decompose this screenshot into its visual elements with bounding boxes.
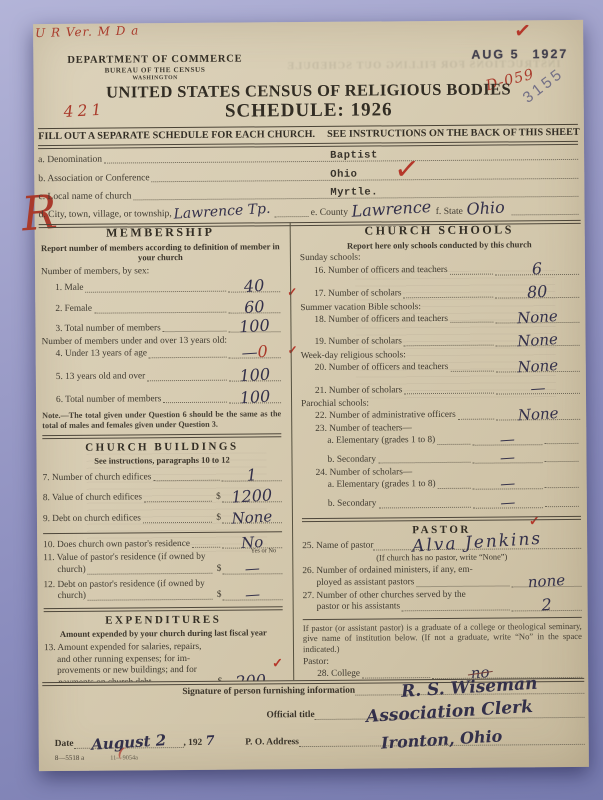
field-association: b. Association or Conference Ohio	[38, 167, 580, 184]
membership-subtitle: Report number of members according to de…	[41, 241, 280, 263]
right-column: CHURCH SCHOOLS Report here only schools …	[291, 220, 585, 680]
q5-row: 5. 13 years old and over 100	[42, 370, 281, 383]
association-value: Ohio	[330, 169, 357, 181]
q23-label: 23. Number of teachers—	[301, 422, 580, 434]
field-location: d. City, town, village, or township, Law…	[39, 203, 581, 220]
q23b-row: b. Secondary —	[301, 453, 580, 466]
q16-row: 16. Number of officers and teachers 6	[300, 264, 579, 277]
form-number: 8—5518 a	[55, 754, 84, 762]
q9-answer: None	[231, 509, 273, 526]
q23b-answer: —	[500, 450, 516, 466]
divider	[42, 434, 281, 440]
q10-row: 10. Does church own pastor's residence N…	[43, 538, 282, 551]
county-value: Lawrence	[352, 199, 433, 220]
handwritten-margin-note: U R Ver. M D a	[35, 24, 139, 39]
q26-answer: none	[527, 573, 565, 590]
q4-answer: —0	[241, 344, 268, 362]
education-intro: If pastor (or assistant pastor) is a gra…	[303, 621, 582, 655]
q27-answer: 2	[541, 597, 552, 614]
q21-row: 21. Number of scholars —	[301, 383, 580, 396]
scanned-document: U R Ver. M D a AUG 51927 ✓ INSTRUCTIONS …	[0, 0, 603, 800]
census-schedule-form: U R Ver. M D a AUG 51927 ✓ INSTRUCTIONS …	[33, 20, 589, 771]
instruction-bar: FILL OUT A SEPARATE SCHEDULE FOR EACH CH…	[34, 127, 584, 142]
official-title-value: Association Clerk	[366, 699, 534, 726]
q20-row: 20. Number of officers and teachers None	[301, 361, 580, 374]
form-body: MEMBERSHIP Report number of members acco…	[39, 220, 585, 682]
expenditures-heading: EXPENDITURES	[44, 613, 283, 627]
q7-answer: 1	[246, 467, 257, 484]
year-value: 7	[205, 735, 215, 749]
left-column: MEMBERSHIP Report number of members acco…	[39, 222, 295, 682]
divider	[303, 617, 582, 620]
q2-row: 2. Female 60	[41, 302, 280, 315]
q11-answer: —	[244, 561, 260, 577]
q16-answer: 6	[531, 261, 542, 278]
q6-row: 6. Total number of members 100	[42, 393, 281, 406]
q3-row: 3. Total number of members 100	[41, 322, 280, 335]
expenditures-subtitle: Amount expended by your church during la…	[44, 627, 283, 639]
schools-subtitle: Report here only schools conducted by th…	[300, 239, 579, 251]
group-label: Pastor:	[303, 655, 582, 667]
q24a-row: a. Elementary (grades 1 to 8) —	[302, 478, 581, 491]
membership-note: Note.—The total given under Question 6 s…	[42, 410, 281, 432]
q19-answer: None	[517, 332, 559, 349]
q8-answer: 1200	[231, 487, 273, 505]
q27-row: 27. Number of other churches served by t…	[303, 588, 582, 612]
q24a-answer: —	[500, 476, 516, 492]
q7-row: 7. Number of church edifices 1	[43, 471, 282, 484]
q3-answer: 100	[239, 318, 270, 336]
township-value: Lawrence Tp.	[173, 202, 271, 222]
agency-name: DEPARTMENT OF COMMERCE	[67, 54, 242, 66]
q9-row: 9. Debt on church edifices $ None	[43, 512, 282, 525]
field-denomination: a. Denomination Baptist	[38, 148, 580, 165]
q18-row: 18. Number of officers and teachers None	[300, 312, 579, 325]
q12-row: 12. Debt on pastor's residence (if owned…	[43, 578, 282, 602]
q19-row: 19. Number of scholars None	[301, 335, 580, 348]
form-subtitle: SCHEDULE: 1926	[34, 98, 584, 124]
q18-answer: None	[517, 309, 559, 326]
schools-heading: CHURCH SCHOOLS	[300, 222, 579, 239]
buildings-heading: CHURCH BUILDINGS	[42, 441, 281, 455]
q8-row: 8. Value of church edifices $ 1200	[43, 491, 282, 504]
q22-answer: None	[517, 406, 559, 423]
q11-row: 11. Value of pastor's residence (if owne…	[43, 552, 282, 576]
q25-row: 25. Name of pastor Alva Jenkins	[302, 539, 581, 552]
agency-letterhead: DEPARTMENT OF COMMERCE BUREAU OF THE CEN…	[67, 54, 242, 82]
q24b-answer: —	[500, 495, 516, 511]
q21-answer: —	[530, 381, 546, 397]
q22-row: 22. Number of administrative officers No…	[301, 409, 580, 422]
q17-answer: 80	[527, 283, 548, 300]
denomination-value: Baptist	[330, 149, 378, 161]
q20-answer: None	[517, 358, 559, 375]
official-title-row: Official title Association Clerk	[42, 708, 584, 722]
identification-section: a. Denomination Baptist b. Association o…	[38, 148, 581, 228]
q1-row: 1. Male 40	[41, 282, 280, 295]
q4-row: 4. Under 13 years of age —0	[42, 348, 281, 361]
q23a-row: a. Elementary (grades 1 to 8) —	[301, 434, 580, 447]
membership-heading: MEMBERSHIP	[41, 224, 280, 241]
q26-row: 26. Number of ordained ministers, if any…	[302, 564, 581, 588]
check-icon: ✓	[513, 20, 532, 42]
q17-row: 17. Number of scholars 80	[300, 287, 579, 300]
signature-section: Signature of person furnishing informati…	[42, 684, 584, 749]
q23a-answer: —	[499, 432, 515, 448]
q5-answer: 100	[239, 366, 270, 384]
bureau-name: BUREAU OF THE CENSUS	[67, 66, 242, 75]
po-address-value: Ironton, Ohio	[381, 728, 503, 751]
group-label: Number of members, by sex:	[41, 266, 280, 278]
church-name-value: Myrtle.	[330, 186, 378, 198]
q24-label: 24. Number of scholars—	[302, 466, 581, 478]
divider	[44, 606, 283, 612]
q2-answer: 60	[244, 299, 265, 316]
yes-or-no-hint: Yes or No	[251, 548, 277, 556]
q6-answer: 100	[239, 389, 270, 407]
q13-row: 13. Amount expended for salaries, repair…	[44, 641, 283, 682]
q24b-row: b. Secondary —	[302, 497, 581, 510]
q1-answer: 40	[243, 278, 264, 295]
q12-answer: —	[245, 587, 261, 603]
divider	[302, 516, 581, 522]
state-value: Ohio	[466, 199, 505, 217]
signature-row: Signature of person furnishing informati…	[42, 684, 584, 698]
